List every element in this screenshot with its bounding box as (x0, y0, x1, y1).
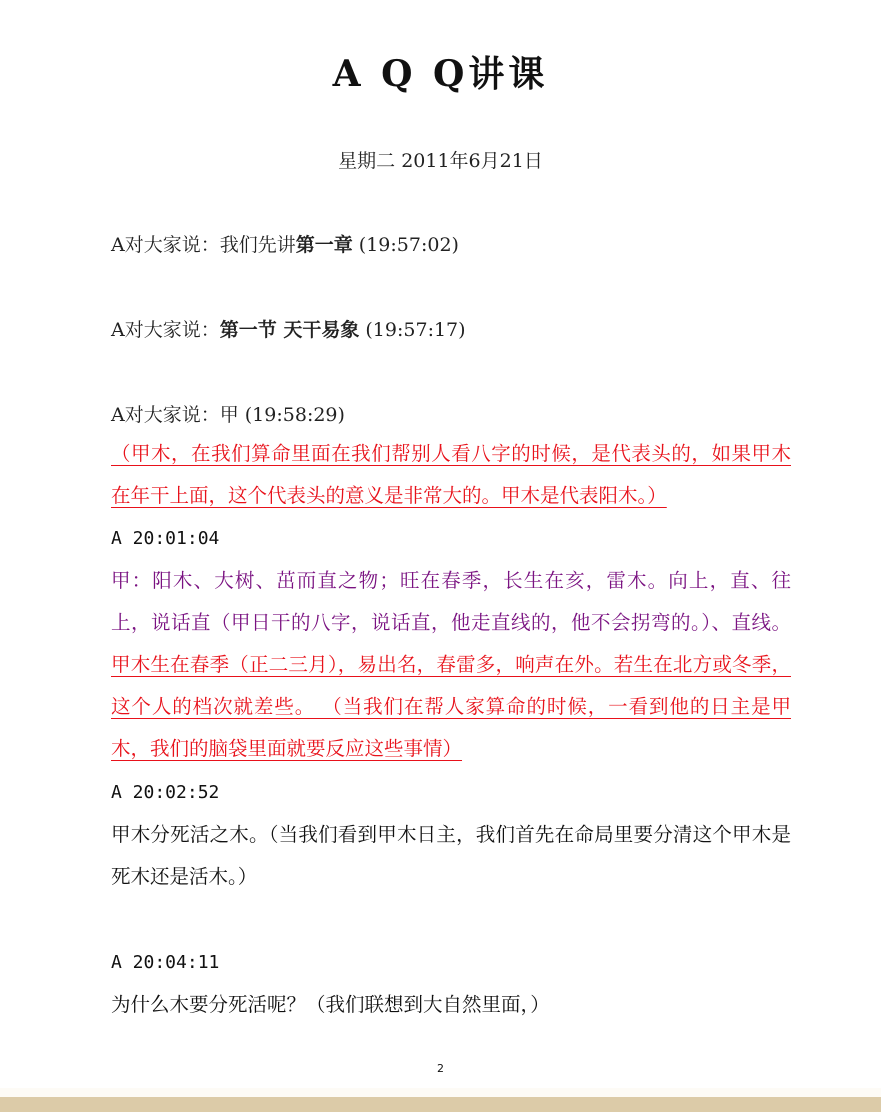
chat-entry-2: A对大家说：第一节 天干易象 (19:57:17) (111, 315, 466, 342)
red-underlined-note: （甲木，在我们算命里面在我们帮别人看八字的时候，是代表头的，如果甲木在年干上面，… (111, 442, 791, 507)
why-wood-text: 为什么木要分死活呢？（我们联想到大自然里面，） (111, 984, 791, 1026)
entry-bold: 第一节 天干易象 (220, 319, 360, 341)
page-number: 2 (0, 1062, 881, 1075)
entry-time: (19:58:29) (239, 404, 345, 426)
purple-text: 甲：阳木、大树、茁而直之物；旺在春季，长生在亥，雷木。向上，直、往上，说话直（甲… (111, 569, 791, 634)
document-title: A Q Q讲课 (0, 46, 881, 97)
timestamp-2: A 20:02:52 (111, 782, 219, 803)
entry-time: (19:57:17) (359, 319, 465, 341)
jia-description: 甲：阳木、大树、茁而直之物；旺在春季，长生在亥，雷木。向上，直、往上，说话直（甲… (111, 560, 791, 770)
entry-prefix: A对大家说： (111, 319, 220, 341)
timestamp-3: A 20:04:11 (111, 952, 219, 973)
red-underlined-note: 甲木生在春季（正二三月），易出名，春雷多，响声在外。若生在北方或冬季，这个人的档… (111, 653, 791, 760)
chat-entry-1: A对大家说：我们先讲第一章 (19:57:02) (111, 230, 459, 257)
dead-live-wood-text: 甲木分死活之木。（当我们看到甲木日主，我们首先在命局里要分清这个甲木是死木还是活… (111, 814, 791, 898)
entry-prefix: A对大家说：甲 (111, 404, 239, 426)
page-edge (0, 1088, 881, 1097)
chat-entry-3: A对大家说：甲 (19:58:29) (111, 400, 345, 427)
document-date: 星期二 2011年6月21日 (0, 146, 881, 173)
entry-time: (19:57:02) (353, 234, 459, 256)
note-jia-wood-head: （甲木，在我们算命里面在我们帮别人看八字的时候，是代表头的，如果甲木在年干上面，… (111, 433, 791, 517)
entry-bold: 第一章 (296, 234, 353, 256)
entry-prefix: A对大家说：我们先讲 (111, 234, 296, 256)
page-separator (0, 1097, 881, 1112)
timestamp-1: A 20:01:04 (111, 528, 219, 549)
